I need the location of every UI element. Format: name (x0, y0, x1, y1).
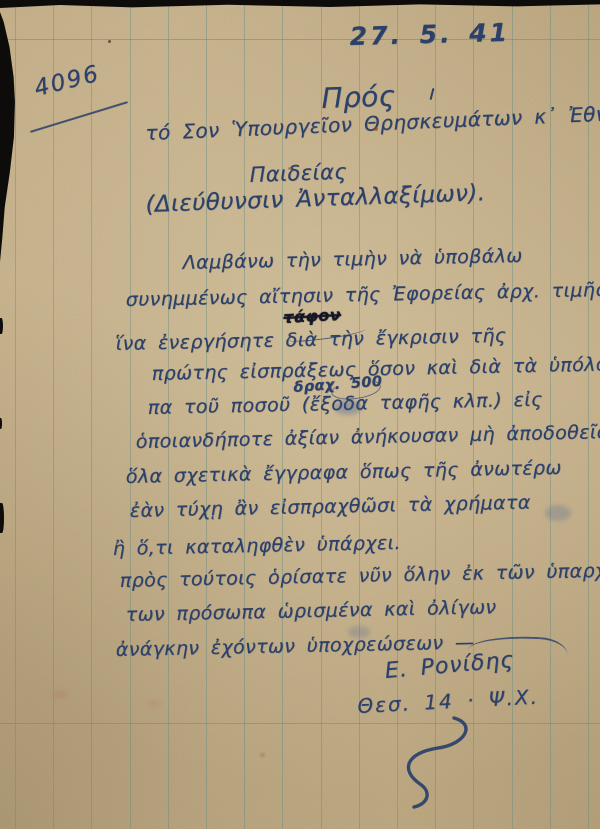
foxing-speck (52, 690, 68, 699)
left-edge-nick (0, 418, 2, 429)
ruled-vertical-line (130, 0, 131, 829)
struck-insertion-word: τάφον (283, 305, 342, 327)
left-edge-nick (0, 503, 4, 533)
foxing-speck (288, 167, 292, 170)
archive-number-underline (30, 101, 128, 133)
body-line: των πρόσωπα ὡρισμένα καὶ ὀλίγων (126, 596, 497, 626)
ruled-horizontal-line (0, 723, 600, 724)
ruled-vertical-line (15, 0, 16, 829)
body-line: Λαμβάνω τὴν τιμὴν νὰ ὑποβάλω (183, 245, 523, 274)
foxing-speck (148, 700, 160, 707)
stray-pen-mark (430, 88, 435, 100)
left-edge-nick (0, 318, 3, 334)
letter-date: 27. 5. 41 (349, 18, 510, 51)
foxing-speck (108, 40, 111, 43)
body-line: ὅλα σχετικὰ ἔγγραφα ὅπως τῆς ἀνωτέρω (126, 457, 562, 488)
body-line: ἵνα ἐνεργήσητε διὰ τὴν ἔγκρισιν τῆς (116, 325, 507, 355)
foxing-speck (260, 753, 265, 757)
scanned-letter-page: 27. 5. 41 4096 Πρός τό Σον Ὑπουργεῖον Θρ… (0, 0, 600, 829)
ink-smudge (545, 505, 571, 521)
body-line: ἐὰν τύχῃ ἂν εἰσπραχθῶσι τὰ χρήματα (130, 492, 531, 522)
salutation: Πρός (321, 79, 396, 115)
body-line: ἢ ὅ,τι καταληφθὲν ὑπάρχει. (113, 532, 402, 560)
ink-smudge (348, 626, 370, 638)
signature-paraph (386, 712, 481, 812)
recipient-line: Παιδείας (249, 160, 347, 187)
scanner-background-top-edge (0, 0, 600, 8)
ruled-vertical-line (91, 0, 92, 829)
foxing-speck (374, 127, 378, 131)
body-line: συνημμένως αἴτησιν τῆς Ἐφορείας ἀρχ. τιμ… (126, 278, 600, 311)
ink-smudge (334, 400, 362, 415)
